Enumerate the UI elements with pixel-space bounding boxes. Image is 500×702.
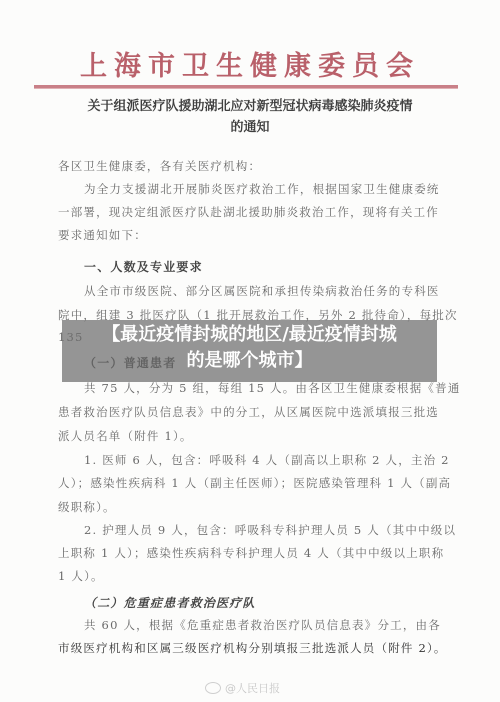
overlay-title-line-1: 【最近疫情封城的地区/最近疫情封城 [62, 322, 437, 348]
salutation: 各区卫生健康委，各有关医疗机构： [58, 158, 261, 174]
body-line: 上职称 1 人）；感染性疾病科专科护理人员 4 人（其中中级以上职称 [58, 545, 444, 561]
body-line: 一部署，现决定组派医疗队赴湖北援助肺炎救治工作，现将有关工作 [58, 204, 439, 220]
body-line: 人）；感染性疾病科 1 人（副主任医师）；医院感染管理科 1 人（副高 [58, 475, 451, 491]
watermark-text: @人民日报 [225, 680, 280, 696]
overlay-title: 【最近疫情封城的地区/最近疫情封城 的是哪个城市】 [62, 322, 437, 374]
body-line: 派人员名单（附件 1）。 [58, 428, 193, 444]
body-line: 共 60 人，根据《危重症患者救治医疗队员信息表》分工，由各 [84, 617, 441, 633]
body-line: 市级医疗机构和区属三级医疗机构分别填报三批选派人员（附件 2）。 [58, 640, 447, 656]
document-title: 关于组派医疗队援助湖北应对新型冠状病毒感染肺炎疫情 的通知 [60, 96, 440, 138]
subsection-heading-2: （二）危重症患者救治医疗队 [84, 594, 256, 611]
body-line: 共 75 人，分为 5 组，每组 15 人。由各区卫生健康委根据《普通 [84, 380, 461, 396]
body-line: 级职称）。 [58, 499, 116, 515]
body-line: 从全市市级医院、部分区属医院和承担传染病救治任务的专科医 [84, 283, 440, 299]
body-line: 2. 护理人员 9 人，包含：呼吸科专科护理人员 5 人（其中中级以 [84, 522, 456, 538]
section-heading-1: 一、人数及专业要求 [84, 258, 203, 275]
red-divider [34, 85, 458, 89]
weibo-icon [205, 682, 221, 694]
body-line: 1 人）。 [58, 568, 104, 584]
title-line-1: 关于组派医疗队援助湖北应对新型冠状病毒感染肺炎疫情 [60, 96, 440, 117]
body-line: 为全力支援湖北开展肺炎医疗救治工作，根据国家卫生健康委统 [84, 181, 440, 197]
overlay-title-line-2: 的是哪个城市】 [62, 348, 437, 374]
body-line: 1. 医师 6 人，包含：呼吸科 4 人（副高以上职称 2 人，主治 2 [84, 452, 450, 468]
watermark: @人民日报 [205, 680, 280, 696]
title-line-2: 的通知 [60, 117, 440, 138]
body-line: 要求通知如下： [58, 227, 147, 243]
body-line: 患者救治医疗队员信息表》中的分工，从区属医院中选派填报三批选 [58, 404, 439, 420]
agency-header: 上海市卫生健康委员会 [0, 44, 500, 83]
